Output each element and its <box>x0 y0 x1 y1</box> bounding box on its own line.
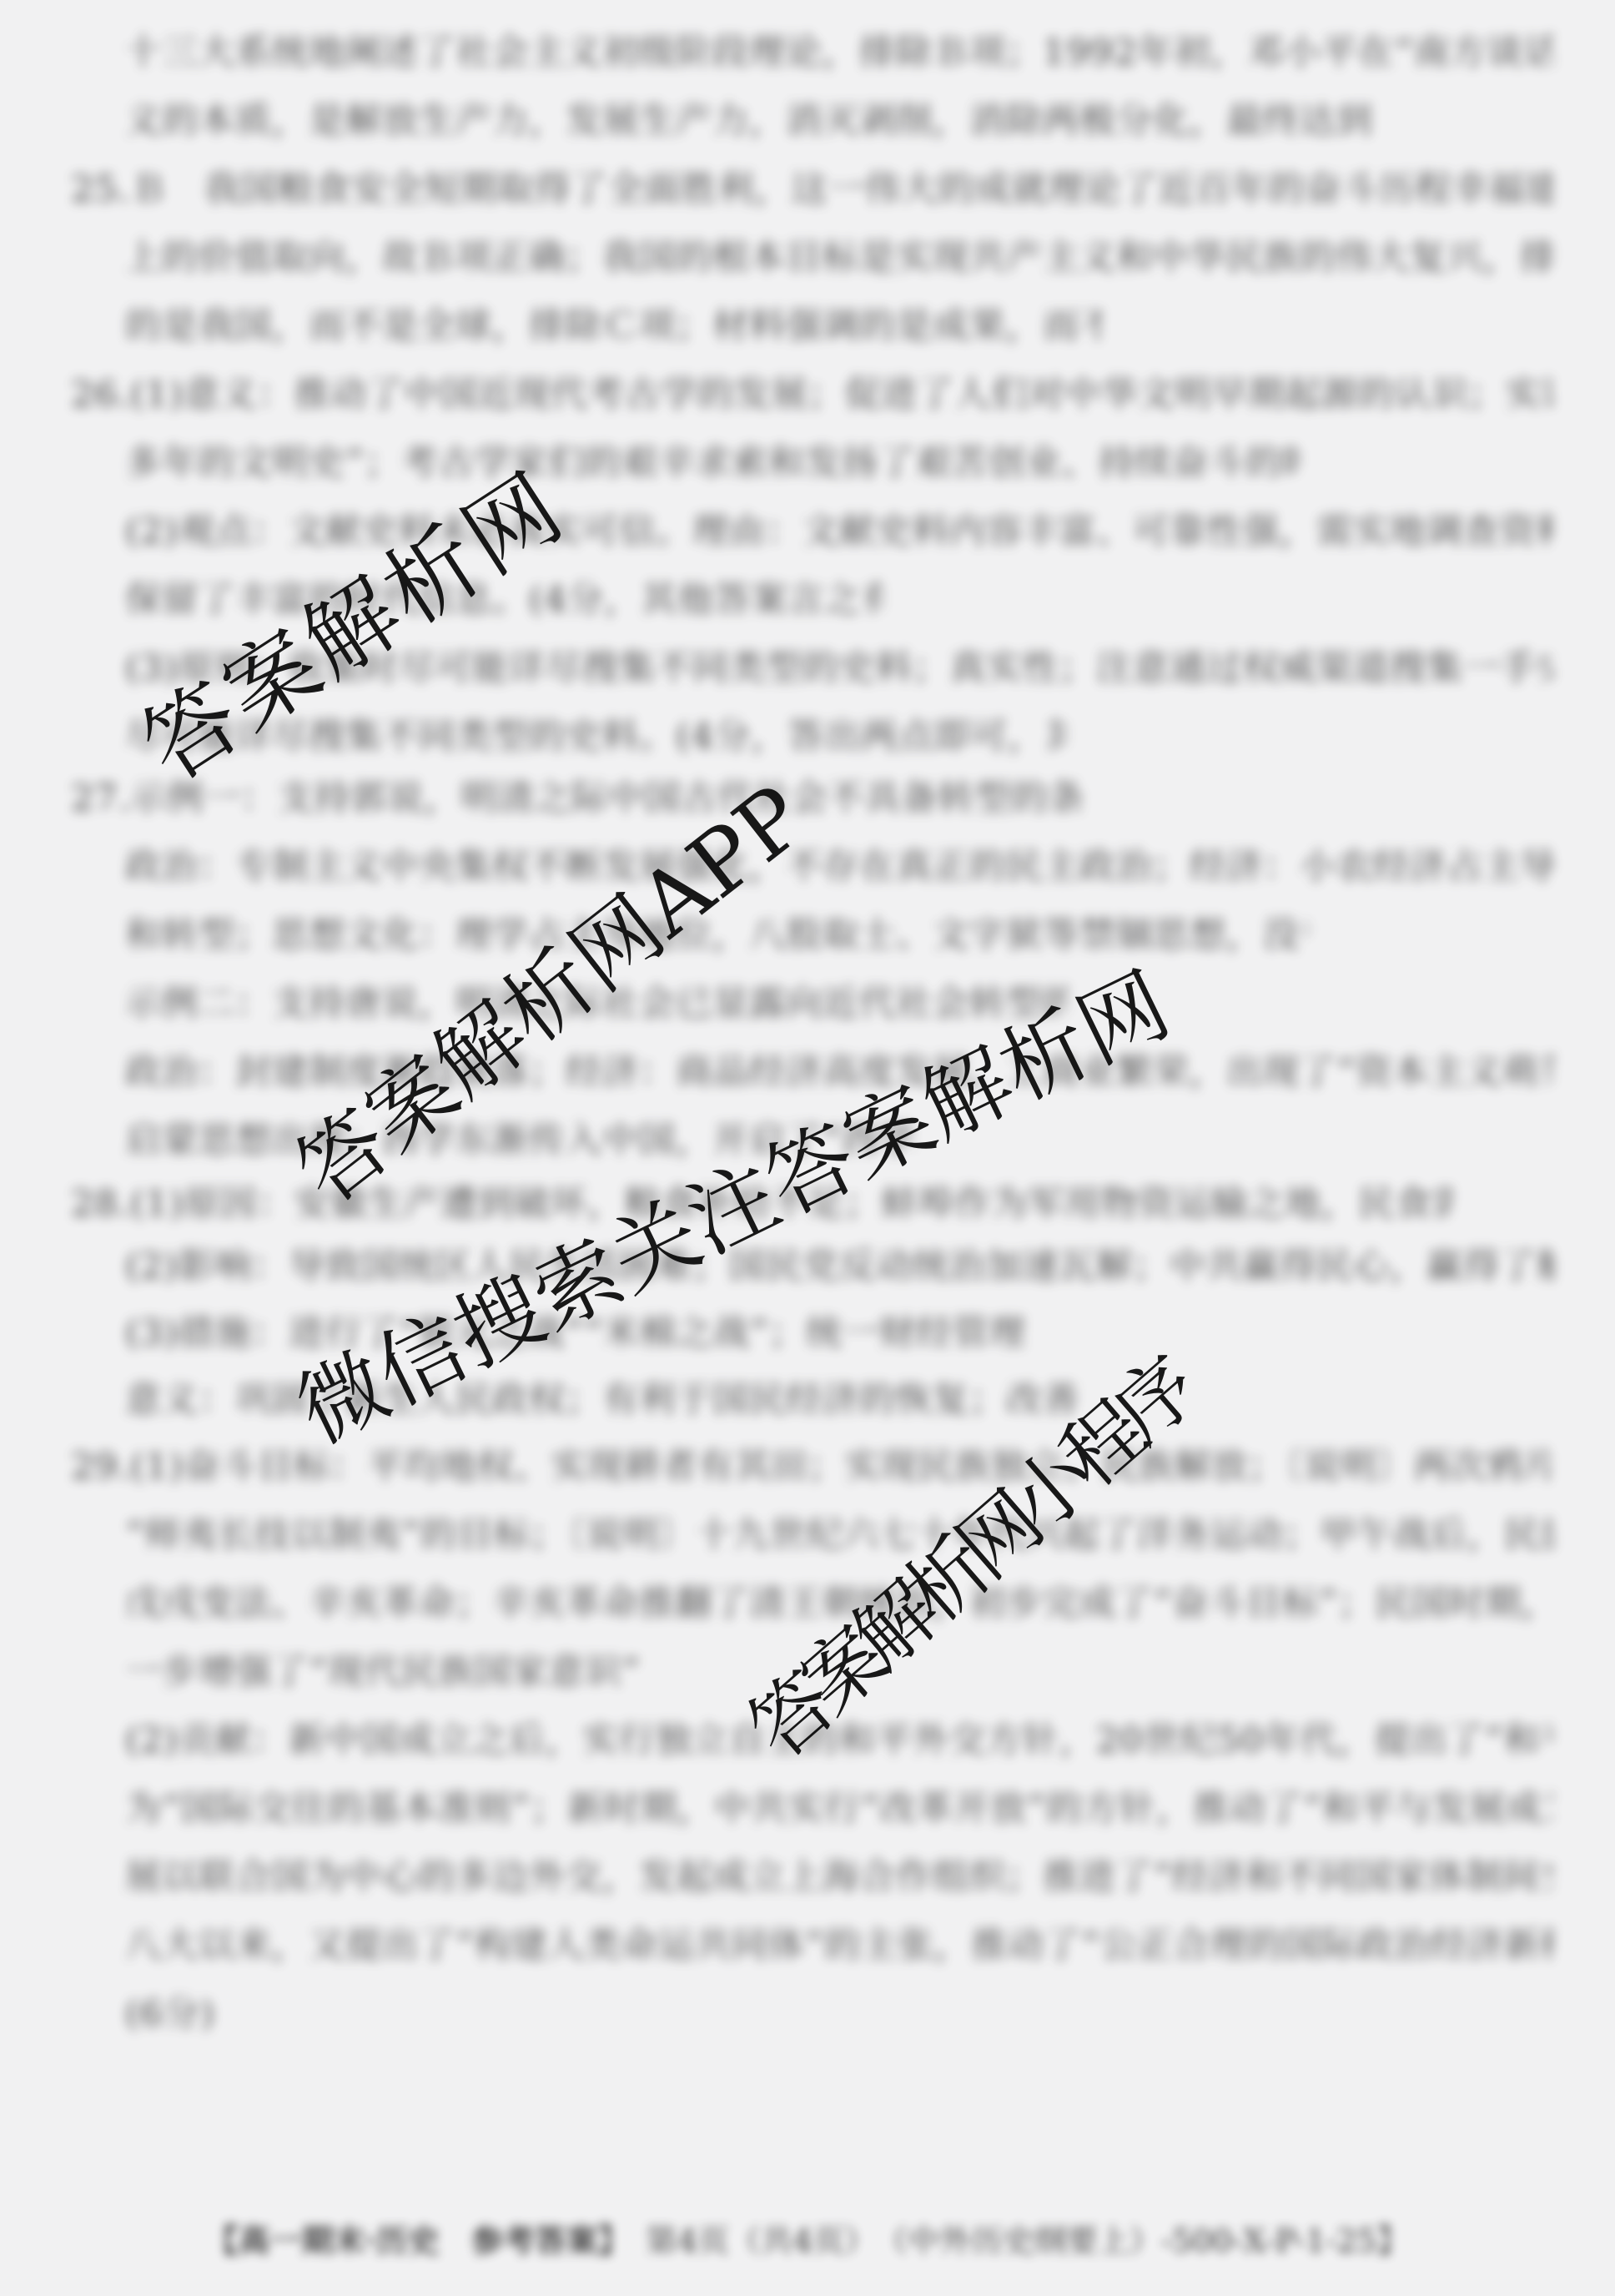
answer-line: 八大以来，又提出了“构建人类命运共同体”的主张，推动了“公正合理的国际政治经济新… <box>125 1922 1553 1972</box>
answer-line: (6分) <box>125 1991 275 2041</box>
answer-line: “师夷长技以制夷”的目标；〔说明〕十九世纪六七十年代兴起了洋务运动；甲午战后，民… <box>125 1512 1553 1562</box>
answer-line: 为“国际交往的基本准则”；新时期，中共实行“改革开放”的方针，推动了“和平与发展… <box>125 1785 1553 1835</box>
answer-line: 26.(1)意义：推动了中国近现代考古学的发展；促进了人们对中华文明早期起源的认… <box>71 371 1553 421</box>
page-footer: 【高一期末·历史 参考答案】 第4页（共4页） （中外历史纲要上）-500-X-… <box>0 2215 1615 2261</box>
answer-line: 27.示例一：支持郭说，明清之际中国古代社会不具备转型的条件。(2分) <box>71 775 1084 825</box>
answer-line: (2)影响：导致国统区人民生活困难；国民党反动统治加速瓦解；中共赢得民心，赢得了… <box>125 1243 1553 1293</box>
document-page: 十三大系统地阐述了社会主义初级阶段理论，排除Ｂ项；1992年初，邓小平在“南方谈… <box>0 0 1615 2296</box>
answer-line: 多年的文明史”；考古学家们的艰辛求索和发扬了艰苦创业、持续奋斗的时代精神。(4分… <box>125 440 1301 490</box>
answer-line: 一步增强了“现代民族国家意识”。(7分) <box>125 1649 642 1699</box>
answer-line: 上的价值取向，故Ｂ项正确；我国的根本目标是实现共产主义和中华民族的伟大复兴，排除… <box>125 234 1553 284</box>
answer-line: 29.(1)奋斗目标：平均地权、实现耕者有其田；实现民族独立、民族解放；〔说明〕… <box>71 1443 1553 1493</box>
answer-line: 25.Ｂ 我国粮食安全短期取得了全面胜利，这一伟大的成就理论了近百年的奋斗历程幸… <box>71 166 1553 216</box>
answer-line: 义的本质，是解放生产力，发展生产力，消灭剥削，消除两极分化，最终达到共同富裕”，… <box>125 98 1370 148</box>
answer-line: 展以联合国为中心的多边外交，发起成立上海合作组织；推进了“经济和不同国家体制间交… <box>125 1854 1553 1904</box>
answer-line: 的是我国，而不是全球，排除Ｃ项；材料强调的是成果，而不是方法，排除Ｄ项。 <box>125 303 1101 353</box>
answer-line: 政治：专制主义中央集权不断发展强化，不存在真正的民主政治；经济：小农经济占主导地… <box>125 843 1553 894</box>
answer-line: 十三大系统地阐述了社会主义初级阶段理论，排除Ｂ项；1992年初，邓小平在“南方谈… <box>125 29 1553 79</box>
footer-title: 【高一期末·历史 参考答案】 <box>206 2222 613 2259</box>
footer-page-info: 第4页（共4页） （中外历史纲要上）-500-X-P-1-25】 <box>614 2223 1409 2259</box>
answer-line: 意义：巩固了新生人民政权；有利于国民经济的恢复；改善了人民的生活。(3分) <box>125 1377 1084 1427</box>
